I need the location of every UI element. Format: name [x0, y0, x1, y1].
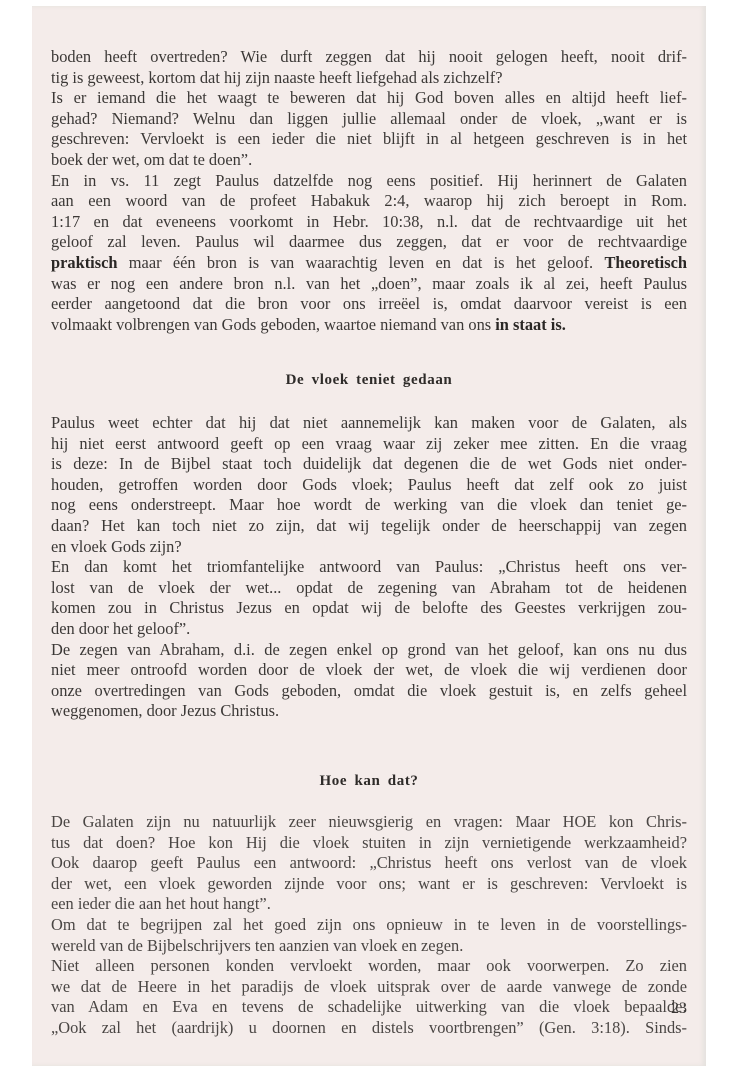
text-line: den door het geloof”.: [51, 619, 687, 640]
text-line: geloof zal leven. Paulus wil daarmee dus…: [51, 232, 687, 253]
text-line: praktisch maar één bron is van waarachti…: [51, 253, 687, 274]
text-line: van Adam en Eva en tevens de schadelijke…: [51, 997, 687, 1018]
text-line: hij niet eerst antwoord geeft op een vra…: [51, 434, 687, 455]
emphasis-theoretisch: Theoretisch: [604, 253, 687, 272]
text-fragment: volmaakt volbrengen van Gods geboden, wa…: [51, 315, 495, 334]
text-line: Ook daarop geeft Paulus een antwoord: „C…: [51, 853, 687, 874]
text-line: nog eens onderstreept. Maar hoe wordt de…: [51, 495, 687, 516]
text-line: Paulus weet echter dat hij dat niet aann…: [51, 413, 687, 434]
text-line: Niet alleen personen konden vervloekt wo…: [51, 956, 687, 977]
text-line: we dat de Heere in het paradijs de vloek…: [51, 977, 687, 998]
text-line: tig is geweest, kortom dat hij zijn naas…: [51, 68, 687, 89]
section-heading-vloek-teniet: De vloek teniet gedaan: [32, 372, 706, 389]
text-line: was er nog een andere bron n.l. van het …: [51, 274, 687, 295]
emphasis-praktisch: praktisch: [51, 253, 117, 272]
text-line: gehad? Niemand? Welnu dan liggen jullie …: [51, 109, 687, 130]
text-line: „Ook zal het (aardrijk) u doornen en dis…: [51, 1018, 687, 1039]
text-line: 1:17 en dat eveneens voorkomt in Hebr. 1…: [51, 212, 687, 233]
section-3-text: De Galaten zijn nu natuurlijk zeer nieuw…: [51, 812, 687, 1039]
text-line: niet meer ontroofd worden door de vloek …: [51, 660, 687, 681]
text-line: boek der wet, om dat te doen”.: [51, 150, 687, 171]
text-line: wereld van de Bijbelschrijvers ten aanzi…: [51, 936, 687, 957]
section-1-text: boden heeft overtreden? Wie durft zeggen…: [51, 47, 687, 335]
text-line: daan? Het kan toch niet zo zijn, dat wij…: [51, 516, 687, 537]
page-number: 23: [671, 1000, 687, 1018]
text-line: Om dat te begrijpen zal het goed zijn on…: [51, 915, 687, 936]
text-line: is deze: In de Bijbel staat toch duideli…: [51, 454, 687, 475]
text-line: een ieder die aan het hout hangt”.: [51, 894, 687, 915]
text-line: komen zou in Christus Jezus en opdat wij…: [51, 598, 687, 619]
text-line: lost van de vloek der wet... opdat de ze…: [51, 578, 687, 599]
text-line: boden heeft overtreden? Wie durft zeggen…: [51, 47, 687, 68]
text-line: onze overtredingen van Gods geboden, omd…: [51, 681, 687, 702]
text-line: tus dat doen? Hoe kon Hij die vloek stui…: [51, 833, 687, 854]
section-2-text: Paulus weet echter dat hij dat niet aann…: [51, 413, 687, 722]
emphasis-in-staat: in staat is.: [495, 315, 566, 334]
text-line: en vloek Gods zijn?: [51, 537, 687, 558]
text-line: geschreven: Vervloekt is een ieder die n…: [51, 129, 687, 150]
text-line: der wet, een vloek geworden zijnde voor …: [51, 874, 687, 895]
text-line: En dan komt het triomfantelijke antwoord…: [51, 557, 687, 578]
text-line: aan een woord van de profeet Habakuk 2:4…: [51, 191, 687, 212]
text-line: De zegen van Abraham, d.i. de zegen enke…: [51, 640, 687, 661]
text-line: eerder aangetoond dat die bron voor ons …: [51, 294, 687, 315]
text-line: De Galaten zijn nu natuurlijk zeer nieuw…: [51, 812, 687, 833]
text-line: En in vs. 11 zegt Paulus datzelfde nog e…: [51, 171, 687, 192]
text-line: weggenomen, door Jezus Christus.: [51, 701, 687, 722]
text-line: houden, getroffen worden door Gods vloek…: [51, 475, 687, 496]
section-heading-hoe-kan-dat: Hoe kan dat?: [32, 773, 706, 790]
text-line: Is er iemand die het waagt te beweren da…: [51, 88, 687, 109]
text-fragment: maar één bron is van waarachtig leven en…: [117, 253, 604, 272]
text-line: volmaakt volbrengen van Gods geboden, wa…: [51, 315, 687, 336]
